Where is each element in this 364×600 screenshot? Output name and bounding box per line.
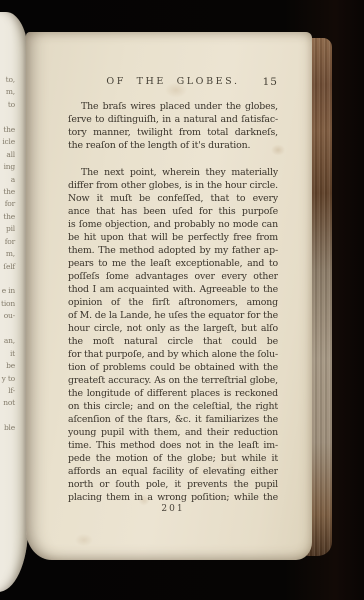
fragment-line: the <box>1 124 15 136</box>
fragment-line: e in <box>1 285 15 297</box>
fragment-line: a <box>1 174 15 186</box>
facing-page-text-fragments: to,m,totheicleallingatheforthepilform,ſe… <box>1 74 15 435</box>
text-line: time. This method does not in the leaſt … <box>68 439 278 452</box>
book-page: OF THE GLOBES. 15 The braſs wires placed… <box>26 32 312 560</box>
fragment-line <box>1 323 15 335</box>
fragment-line: it <box>1 348 15 360</box>
fragment-line <box>1 111 15 123</box>
paragraph-gap <box>68 152 278 166</box>
text-line: of M. de la Lande, he uſes the equator f… <box>68 309 278 322</box>
fragment-line: for <box>1 236 15 248</box>
text-line: thod I am acquainted with. Agreeable to … <box>68 283 278 296</box>
fragment-line: ing <box>1 161 15 173</box>
fragment-line: pil <box>1 223 15 235</box>
text-line: poſſeſs ſome advantages over every other… <box>68 270 278 283</box>
fragment-line: icle <box>1 136 15 148</box>
page-number: 15 <box>263 76 278 88</box>
fragment-line: to <box>1 99 15 111</box>
text-line: greateſt accuracy. As on the terreſtrial… <box>68 374 278 387</box>
text-line: the longitude of different places is rec… <box>68 387 278 400</box>
fragment-line: lf- <box>1 385 15 397</box>
fragment-line: an, <box>1 335 15 347</box>
text-line: on this circle; and on the celeſtial, th… <box>68 400 278 413</box>
running-title: OF THE GLOBES. <box>68 76 278 87</box>
text-line: is ſome objection, and probably no mode … <box>68 218 278 231</box>
text-line: north or ſouth pole, it prevents the pup… <box>68 478 278 491</box>
fragment-line <box>1 273 15 285</box>
text-line: the reaſon of the length of it's duratio… <box>68 139 278 152</box>
fragment-line: ſelf <box>1 261 15 273</box>
page-footer-mark: 201 <box>68 504 278 514</box>
fragment-line: the <box>1 211 15 223</box>
book-scan-photo: to,m,totheicleallingatheforthepilform,ſe… <box>0 0 364 600</box>
text-line: the moſt natural circle that could be em… <box>68 335 278 348</box>
text-line: ance that has been uſed for this purpoſe… <box>68 205 278 218</box>
fragment-line: ble <box>1 422 15 434</box>
page-body-text: The braſs wires placed under the globes,… <box>68 100 278 504</box>
text-line: be hit upon that will be perfectly free … <box>68 231 278 244</box>
page-header: OF THE GLOBES. 15 <box>68 76 278 90</box>
text-line: affords an equal facility of elevating e… <box>68 465 278 478</box>
fragment-line: not <box>1 397 15 409</box>
text-line: placing them in a wrong poſition; while … <box>68 491 278 504</box>
text-line: The next point, wherein they materially <box>68 166 278 179</box>
fragment-line: the <box>1 186 15 198</box>
fragment-line: m, <box>1 86 15 98</box>
fragment-line: for <box>1 198 15 210</box>
fragment-line <box>1 410 15 422</box>
text-line: The braſs wires placed under the globes, <box>68 100 278 113</box>
facing-page-edge: to,m,totheicleallingatheforthepilform,ſe… <box>0 12 28 592</box>
fragment-line: tion <box>1 298 15 310</box>
fragment-line: m, <box>1 248 15 260</box>
text-line: pede the motion of the globe; but while … <box>68 452 278 465</box>
text-line: tory manner, twilight from total darkneſ… <box>68 126 278 139</box>
text-line: ſerve to diſtinguiſh, in a natural and ſ… <box>68 113 278 126</box>
text-line: Now it muſt be confeſſed, that to every … <box>68 192 278 205</box>
text-line: them. The method adopted by my father ap… <box>68 244 278 257</box>
text-line: pears to me the leaſt exceptionable, and… <box>68 257 278 270</box>
fragment-line: ou- <box>1 310 15 322</box>
fragment-line: y to <box>1 373 15 385</box>
fragment-line: all <box>1 149 15 161</box>
text-line: differ from other globes, is in the hour… <box>68 179 278 192</box>
text-line: opinion of the firſt aſtronomers, among … <box>68 296 278 309</box>
text-line: aſcenſion of the ſtars, &c. it familiari… <box>68 413 278 426</box>
text-line: tion of problems could be obtained with … <box>68 361 278 374</box>
text-line: young pupil with them, and their reducti… <box>68 426 278 439</box>
text-line: for that purpoſe, and by which alone the… <box>68 348 278 361</box>
text-line: hour circle, not only as the largeſt, bu… <box>68 322 278 335</box>
fragment-line: to, <box>1 74 15 86</box>
fragment-line: be <box>1 360 15 372</box>
